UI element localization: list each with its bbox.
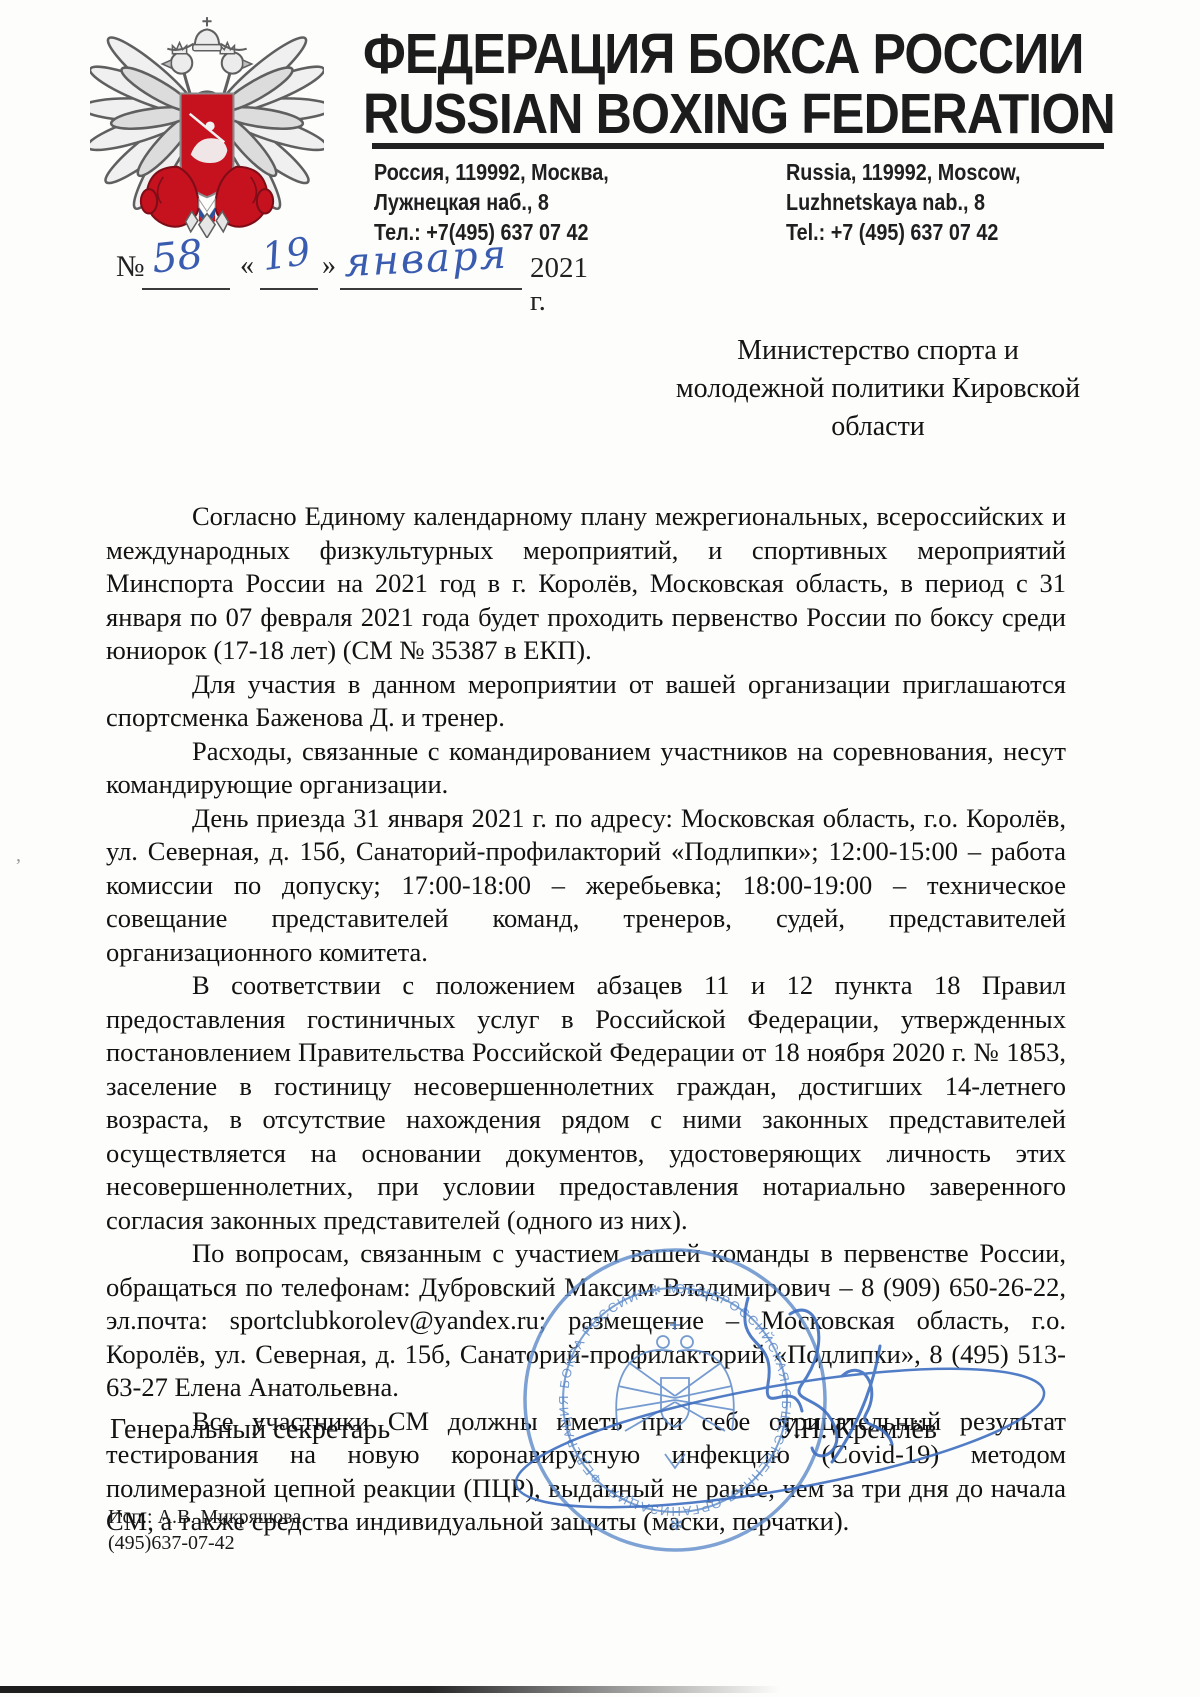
signature-row: Генеральный секретарь У.Н. Кремлёв <box>110 1414 1015 1446</box>
body-paragraph: Согласно Единому календарному плану межр… <box>106 500 1066 668</box>
letter-body: Согласно Единому календарному плану межр… <box>106 500 1066 1539</box>
address-en-line: Tel.: +7 (495) 637 07 42 <box>786 217 1021 247</box>
body-paragraph: По вопросам, связанным с участием вашей … <box>106 1237 1066 1405</box>
number-underline <box>142 288 230 290</box>
number-sign: № <box>116 250 145 284</box>
letterhead-divider <box>372 143 1104 149</box>
scan-edge-line <box>0 1686 780 1693</box>
org-name-en: RUSSIAN BOXING FEDERATION <box>363 86 1115 143</box>
recipient-line: молодежной политики Кировской <box>648 370 1108 408</box>
address-en: Russia, 119992, Moscow, Luzhnetskaya nab… <box>786 157 1021 247</box>
eagle-right-head <box>222 52 243 73</box>
executor-name: Исп.: А.В. Микряшова <box>108 1504 301 1530</box>
body-paragraph: В соответствии с положением абзацев 11 и… <box>106 969 1066 1237</box>
body-paragraph: День приезда 31 января 2021 г. по адресу… <box>106 802 1066 970</box>
scan-artifact-mark: , <box>16 844 21 867</box>
crown-cross <box>202 17 211 26</box>
recipient-line: Министерство спорта и <box>648 332 1108 370</box>
address-en-line: Russia, 119992, Moscow, <box>786 157 1021 187</box>
executor-phone: (495)637-07-42 <box>108 1530 301 1556</box>
signer-title: Генеральный секретарь <box>110 1414 390 1446</box>
month-underline <box>340 288 522 290</box>
address-ru-line: Лужнецкая наб., 8 <box>374 187 609 217</box>
signer-name: У.Н. Кремлёв <box>778 1414 1015 1446</box>
body-paragraph: Расходы, связанные с командированием уча… <box>106 735 1066 802</box>
handwritten-month: января <box>343 232 509 287</box>
address-en-line: Luzhnetskaya nab., 8 <box>786 187 1021 217</box>
eagle-left-head <box>171 52 192 73</box>
day-underline <box>260 288 318 290</box>
quote-close: » <box>322 250 336 282</box>
year-text: 2021 г. <box>530 252 588 318</box>
crown-band <box>193 45 221 51</box>
recipient-block: Министерство спорта и молодежной политик… <box>648 332 1108 446</box>
address-ru-line: Россия, 119992, Москва, <box>374 157 609 187</box>
body-paragraph: Для участия в данном мероприятии от ваше… <box>106 668 1066 735</box>
quote-open: « <box>240 250 254 282</box>
recipient-line: области <box>648 408 1108 446</box>
footer-block: Исп.: А.В. Микряшова (495)637-07-42 <box>108 1504 301 1556</box>
federation-coat-of-arms-icon <box>90 12 324 238</box>
org-name-ru: ФЕДЕРАЦИЯ БОКСА РОССИИ <box>363 26 1084 83</box>
handwritten-day: 19 <box>259 229 313 279</box>
scanned-letter-page: ФЕДЕРАЦИЯ БОКСА РОССИИ RUSSIAN BOXING FE… <box>0 0 1200 1697</box>
handwritten-doc-number: 58 <box>150 231 205 282</box>
